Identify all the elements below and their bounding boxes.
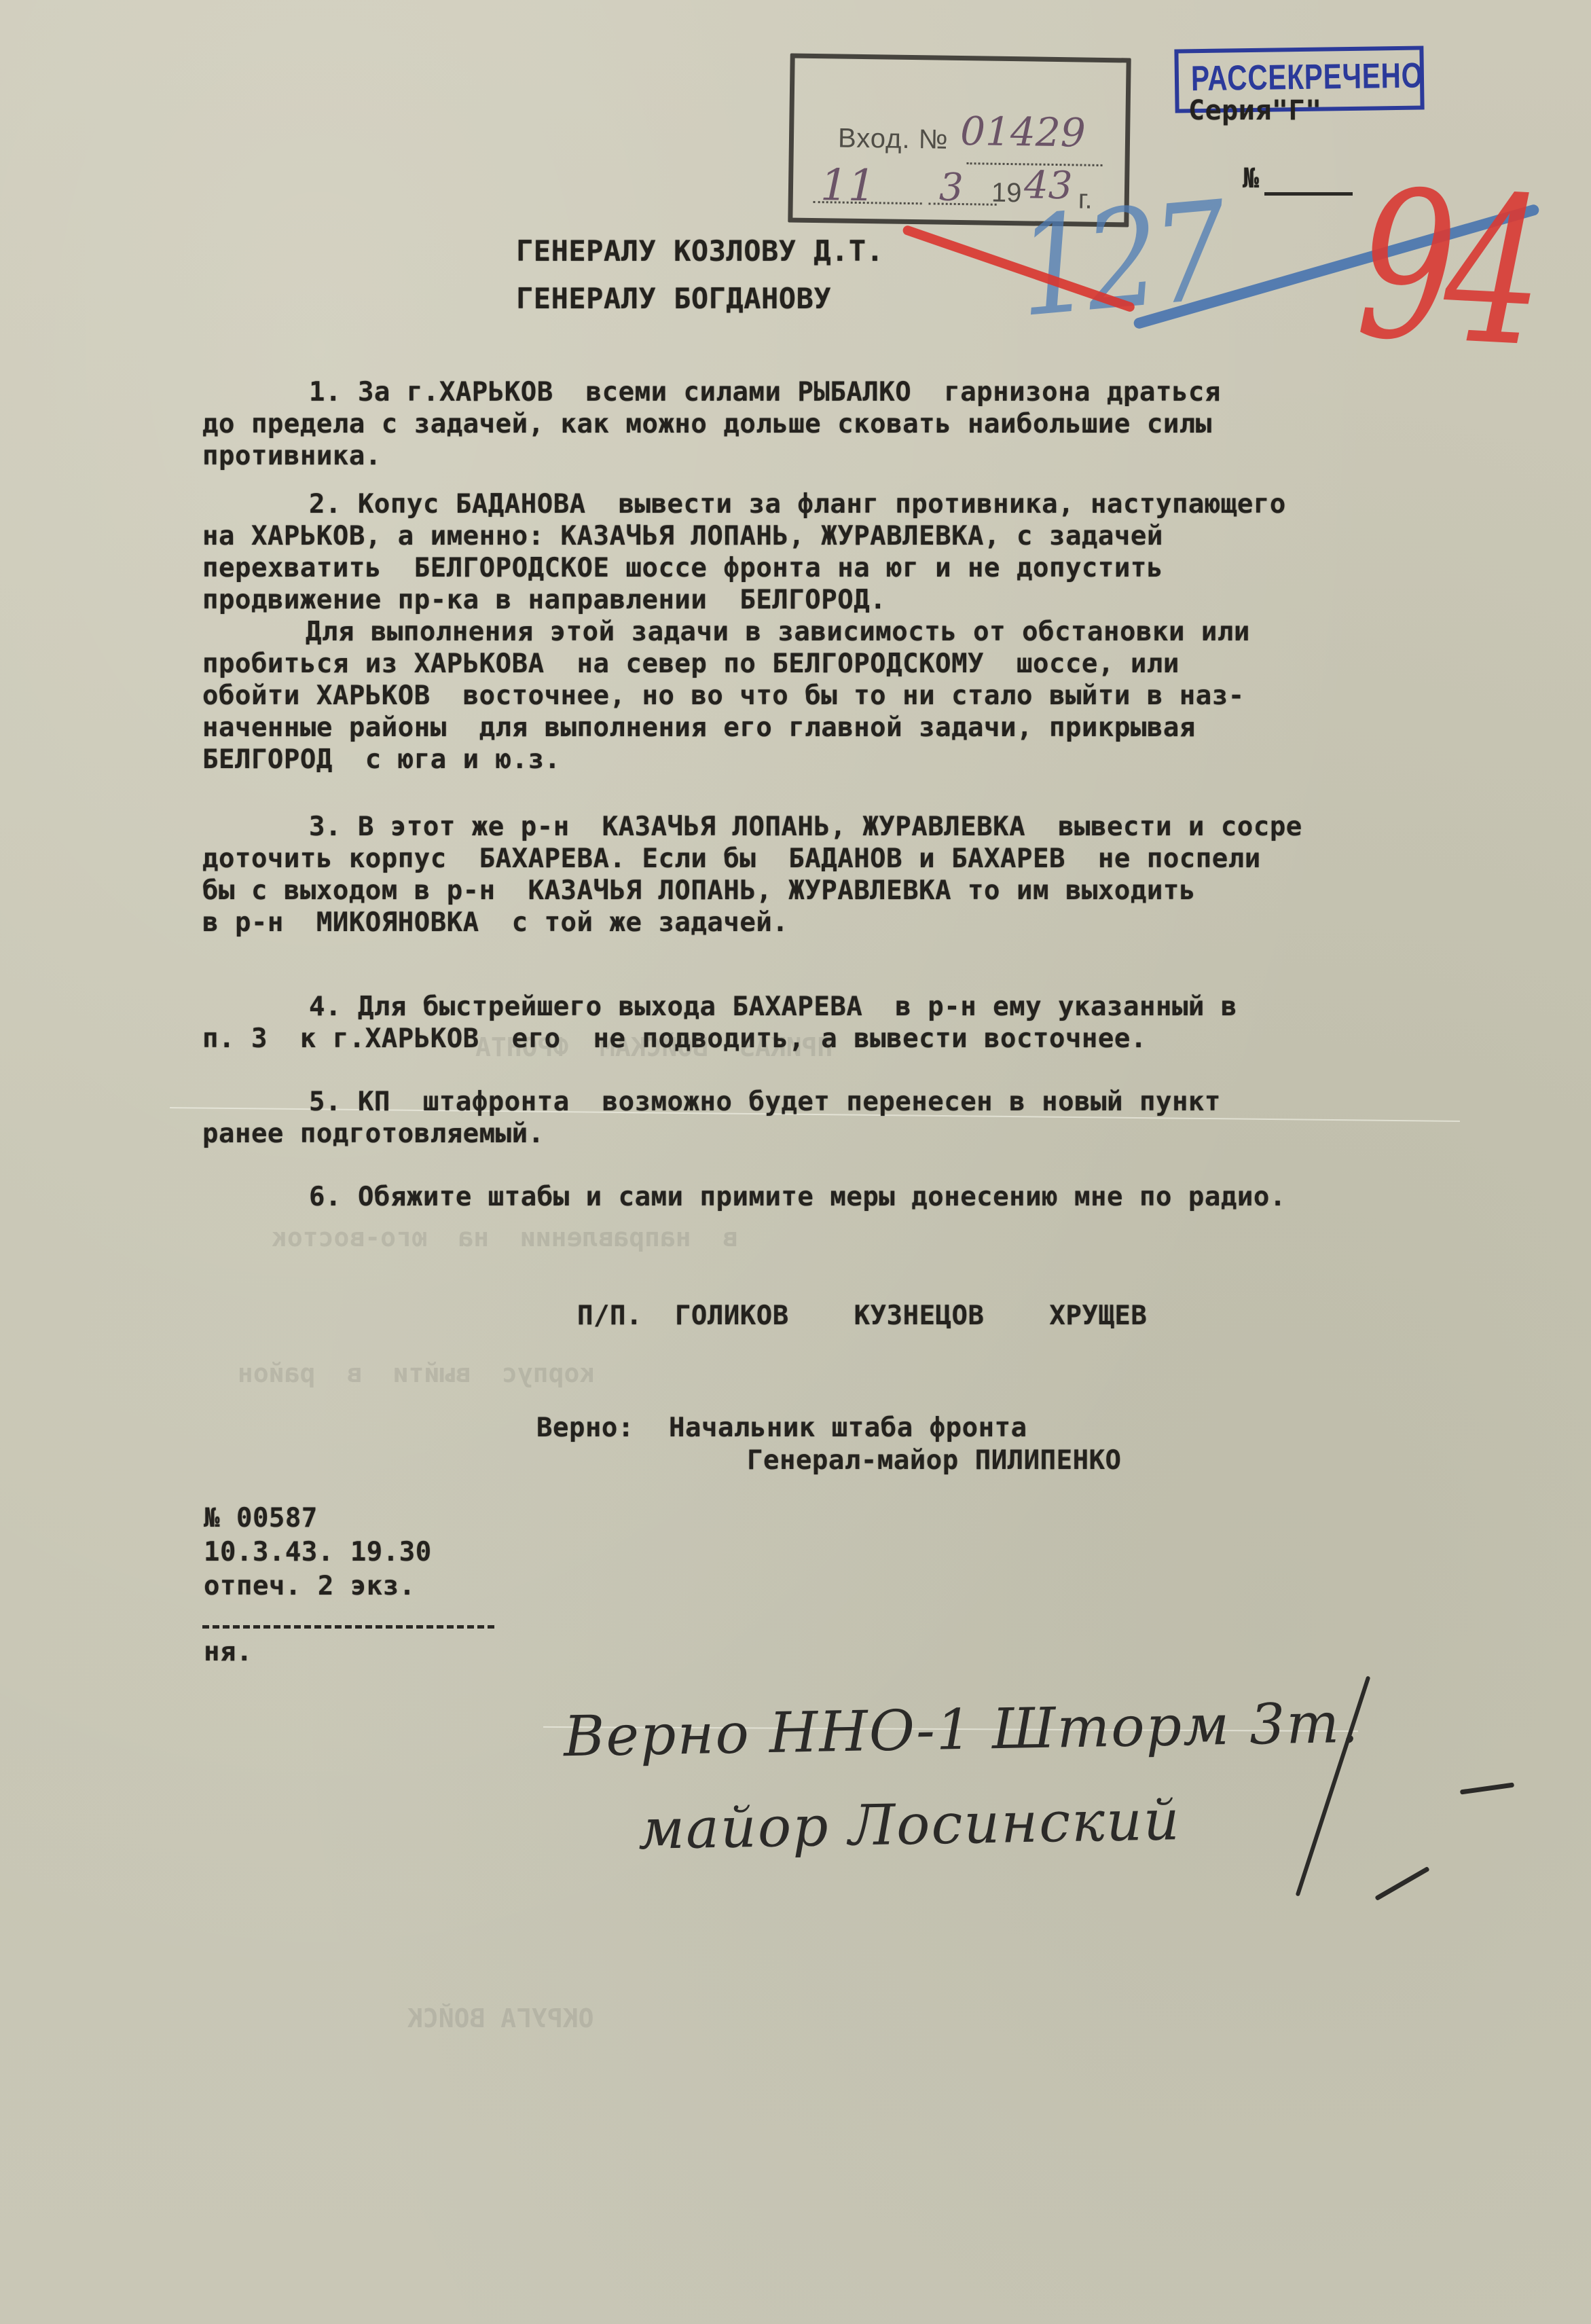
paragraph-2-line: на ХАРЬКОВ, а именно: КАЗАЧЬЯ ЛОПАНЬ, ЖУ… — [202, 521, 1163, 551]
addressee-2: ГЕНЕРАЛУ БОГДАНОВУ — [516, 282, 831, 315]
bleed-through-text: корпус выйти в район — [238, 1358, 595, 1388]
certification-title: Начальник штаба фронта — [669, 1413, 1027, 1443]
paragraph-2-line: перехватить БЕЛГОРОДСКОЕ шоссе фронта на… — [202, 553, 1163, 583]
declassified-text: РАССЕКРЕЧЕНО — [1191, 55, 1424, 99]
signatories-line: П/П. ГОЛИКОВ КУЗНЕЦОВ ХРУЩЕВ — [577, 1301, 1147, 1331]
copies-printed: отпеч. 2 экз. — [204, 1571, 416, 1601]
paragraph-4-line: п. 3 к г.ХАРЬКОВ его не подводить, а выв… — [202, 1023, 1147, 1054]
paragraph-2-line: 2. Копус БАДАНОВА вывести за фланг проти… — [309, 489, 1286, 520]
paragraph-5-line: ранее подготовляемый. — [202, 1119, 545, 1149]
handwritten-certification-line: Верно ННО-1 Шторм 3т. — [563, 1691, 1360, 1769]
paragraph-1-line: до предела с задачей, как можно дольше с… — [202, 409, 1212, 439]
bleed-through-text: в направлении на юго-восток — [272, 1222, 737, 1252]
typist-initials: ня. — [204, 1637, 253, 1667]
paragraph-2-line: продвижение пр-ка в направлении БЕЛГОРОД… — [202, 585, 886, 615]
paragraph-1-line: противника. — [202, 441, 382, 471]
paragraph-3-line: доточить корпус БАХАРЕВА. Если бы БАДАНО… — [202, 843, 1261, 874]
document-number: № 00587 — [204, 1503, 318, 1533]
signature-dash — [1460, 1782, 1514, 1794]
paragraph-3-line: бы с выходом в р-н КАЗАЧЬЯ ЛОПАНЬ, ЖУРАВ… — [202, 875, 1196, 906]
incoming-label: Вход. № — [838, 124, 949, 156]
dashed-rule — [202, 1625, 494, 1629]
certification-rank-name: Генерал-майор ПИЛИПЕНКО — [747, 1445, 1122, 1476]
paragraph-2-line: наченные районы для выполнения его главн… — [202, 712, 1196, 743]
paragraph-2-line: БЕЛГОРОД с юга и ю.з. — [202, 744, 561, 775]
paragraph-6-line: 6. Обяжите штабы и сами примите меры дон… — [309, 1182, 1286, 1212]
signature-flourish — [1374, 1866, 1429, 1901]
paragraph-3-line: 3. В этот же р-н КАЗАЧЬЯ ЛОПАНЬ, ЖУРАВЛЕ… — [309, 812, 1302, 842]
incoming-number: 01429 — [960, 108, 1086, 156]
series-label: Серия"Г" — [1188, 95, 1322, 126]
paragraph-2-line: пробиться из ХАРЬКОВА на север по БЕЛГОР… — [202, 649, 1179, 679]
handwritten-signature-line: майор Лосинский — [638, 1788, 1181, 1862]
number-label: № — [1243, 163, 1260, 194]
paragraph-2-line: Для выполнения этой задачи в зависимость… — [306, 617, 1250, 647]
document-datetime: 10.3.43. 19.30 — [204, 1537, 432, 1567]
paragraph-5-line: 5. КП штафронта возможно будет перенесен… — [309, 1087, 1221, 1117]
paragraph-1-line: 1. За г.ХАРЬКОВ всеми силами РЫБАЛКО гар… — [309, 377, 1221, 407]
red-pencil-page-number: 94 — [1353, 146, 1539, 392]
addressee-1: ГЕНЕРАЛУ КОЗЛОВУ Д.Т. — [516, 234, 884, 268]
paragraph-2-line: обойти ХАРЬКОВ восточнее, но во что бы т… — [202, 680, 1245, 711]
blue-pencil-number-crossed: 127 — [1012, 173, 1228, 348]
certification-label: Верно: — [536, 1413, 634, 1443]
bleed-through-text: ОКРУГА ВОЙСК — [407, 2003, 594, 2033]
paragraph-3-line: в р-н МИКОЯНОВКА с той же задачей. — [202, 907, 788, 938]
number-blank-line — [1264, 192, 1353, 196]
paragraph-4-line: 4. Для быстрейшего выхода БАХАРЕВА в р-н… — [309, 992, 1237, 1022]
